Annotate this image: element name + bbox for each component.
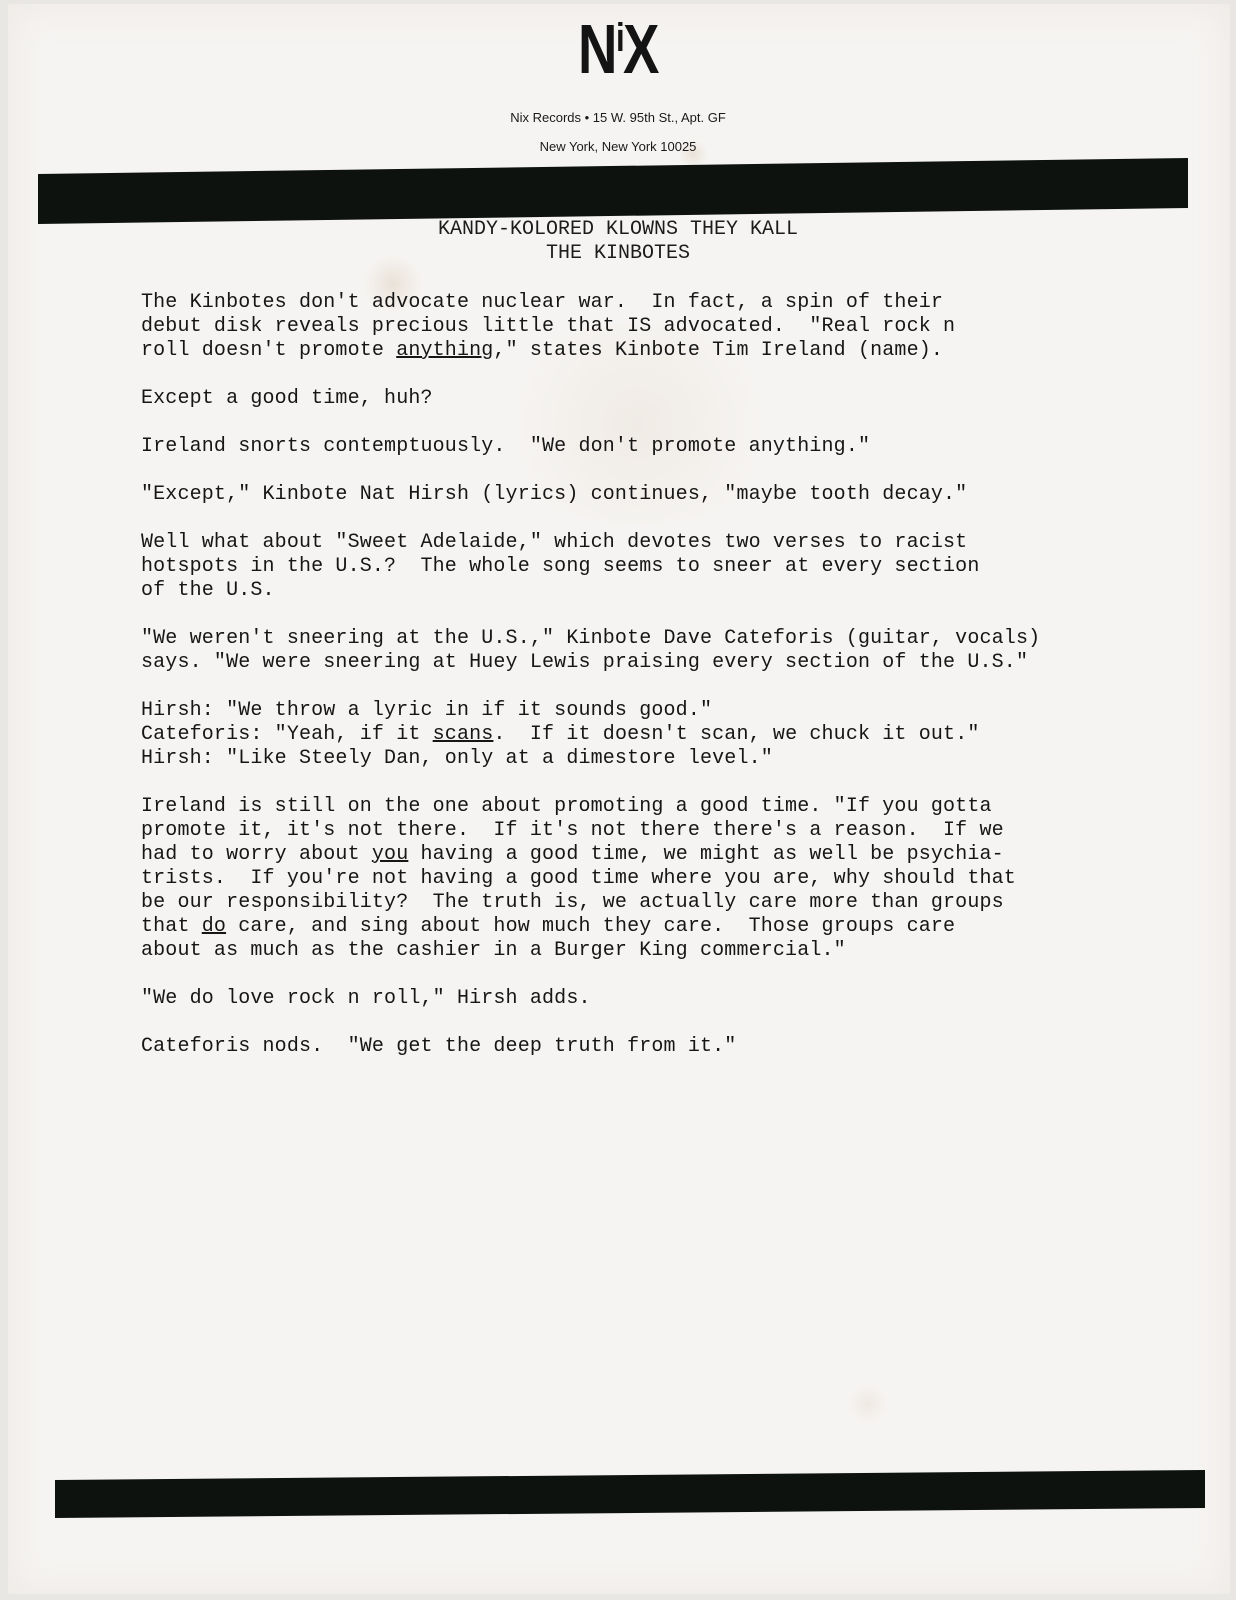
text-line: "Except," Kinbote Nat Hirsh (lyrics) con…	[141, 483, 1201, 507]
text-line: Hirsh: "Like Steely Dan, only at a dimes…	[141, 747, 1201, 771]
text-line: The Kinbotes don't advocate nuclear war.…	[141, 291, 1201, 315]
text-line: debut disk reveals precious little that …	[141, 315, 1201, 339]
text-line: had to worry about you having a good tim…	[141, 843, 1201, 867]
title-line-2: THE KINBOTES	[0, 242, 1236, 266]
text-line: hotspots in the U.S.? The whole song see…	[141, 555, 1201, 579]
paragraph: Except a good time, huh?	[141, 387, 1201, 411]
text-line: "We weren't sneering at the U.S.," Kinbo…	[141, 627, 1201, 651]
paragraph: The Kinbotes don't advocate nuclear war.…	[141, 291, 1201, 363]
address-line-1: Nix Records • 15 W. 95th St., Apt. GF	[0, 110, 1236, 125]
text-line: Well what about "Sweet Adelaide," which …	[141, 531, 1201, 555]
text-line: that do care, and sing about how much th…	[141, 915, 1201, 939]
paragraph: Ireland snorts contemptuously. "We don't…	[141, 435, 1201, 459]
text-line: trists. If you're not having a good time…	[141, 867, 1201, 891]
text-line: "We do love rock n roll," Hirsh adds.	[141, 987, 1201, 1011]
paragraph: Well what about "Sweet Adelaide," which …	[141, 531, 1201, 603]
article-body: The Kinbotes don't advocate nuclear war.…	[141, 291, 1201, 1083]
text-line: Hirsh: "We throw a lyric in if it sounds…	[141, 699, 1201, 723]
text-line: Cateforis: "Yeah, if it scans. If it doe…	[141, 723, 1201, 747]
paragraph: "We do love rock n roll," Hirsh adds.	[141, 987, 1201, 1011]
text-line: roll doesn't promote anything," states K…	[141, 339, 1201, 363]
text-line: about as much as the cashier in a Burger…	[141, 939, 1201, 963]
article-title: KANDY-KOLORED KLOWNS THEY KALL THE KINBO…	[0, 218, 1236, 266]
paragraph: "Except," Kinbote Nat Hirsh (lyrics) con…	[141, 483, 1201, 507]
text-line: Except a good time, huh?	[141, 387, 1201, 411]
text-line: of the U.S.	[141, 579, 1201, 603]
paragraph: Hirsh: "We throw a lyric in if it sounds…	[141, 699, 1201, 771]
text-line: says. "We were sneering at Huey Lewis pr…	[141, 651, 1201, 675]
title-line-1: KANDY-KOLORED KLOWNS THEY KALL	[0, 218, 1236, 242]
ring-stain	[848, 1384, 888, 1424]
paragraph: "We weren't sneering at the U.S.," Kinbo…	[141, 627, 1201, 675]
text-line: Cateforis nods. "We get the deep truth f…	[141, 1035, 1201, 1059]
paragraph: Cateforis nods. "We get the deep truth f…	[141, 1035, 1201, 1059]
paragraph: Ireland is still on the one about promot…	[141, 795, 1201, 963]
text-line: Ireland snorts contemptuously. "We don't…	[141, 435, 1201, 459]
nix-logo: NiX	[136, 14, 1100, 84]
text-line: promote it, it's not there. If it's not …	[141, 819, 1201, 843]
text-line: Ireland is still on the one about promot…	[141, 795, 1201, 819]
text-line: be our responsibility? The truth is, we …	[141, 891, 1201, 915]
address-line-2: New York, New York 10025	[0, 139, 1236, 154]
